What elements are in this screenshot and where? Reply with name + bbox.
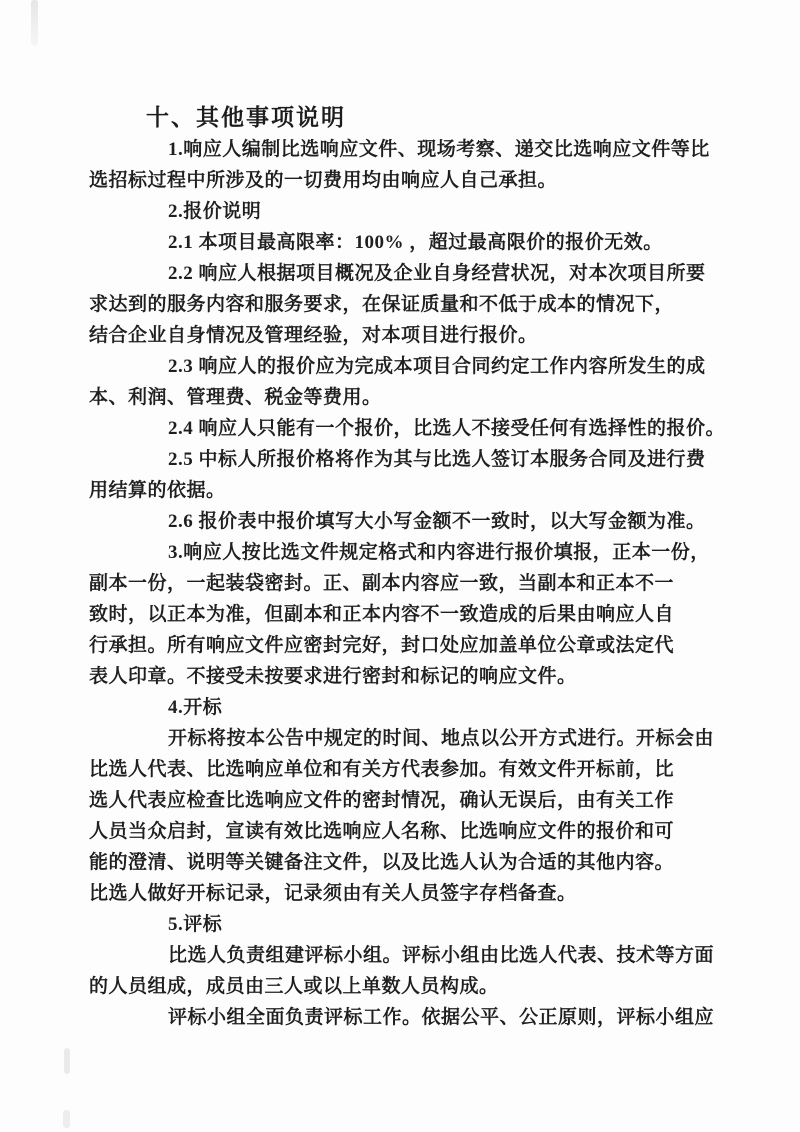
- text-line: 2.报价说明: [89, 196, 651, 227]
- text-line: 选人代表应检查比选响应文件的密封情况，确认无误后，由有关工作: [89, 785, 651, 816]
- text-line: 1.响应人编制比选响应文件、现场考察、递交比选响应文件等比: [89, 134, 651, 165]
- paragraph: 评标小组全面负责评标工作。依据公平、公正原则，评标小组应: [89, 1002, 651, 1033]
- scan-smudge: [64, 1048, 70, 1074]
- paragraph: 5.评标: [89, 909, 651, 940]
- text-line: 比选人做好开标记录，记录须由有关人员签字存档备查。: [89, 878, 651, 909]
- text-line: 3.响应人按比选文件规定格式和内容进行报价填报，正本一份，: [89, 537, 651, 568]
- text-line: 选招标过程中所涉及的一切费用均由响应人自己承担。: [89, 165, 651, 196]
- text-line: 求达到的服务内容和服务要求，在保证质量和不低于成本的情况下，: [89, 289, 651, 320]
- paragraph: 2.1 本项目最高限率：100% ，超过最高限价的报价无效。: [89, 227, 651, 258]
- text-line: 副本一份，一起装袋密封。正、副本内容应一致，当副本和正本不一: [89, 568, 651, 599]
- text-line: 用结算的依据。: [89, 475, 651, 506]
- text-line: 2.5 中标人所报价格将作为其与比选人签订本服务合同及进行费: [89, 444, 651, 475]
- scan-smudge: [31, 0, 38, 46]
- text-line: 2.4 响应人只能有一个报价，比选人不接受任何有选择性的报价。: [89, 413, 651, 444]
- text-line: 行承担。所有响应文件应密封完好，封口处应加盖单位公章或法定代: [89, 630, 651, 661]
- text-line: 本、利润、管理费、税金等费用。: [89, 382, 651, 413]
- text-line: 开标将按本公告中规定的时间、地点以公开方式进行。开标会由: [89, 723, 651, 754]
- scan-smudge: [63, 1110, 70, 1128]
- paragraph: 2.2 响应人根据项目概况及企业自身经营状况，对本次项目所要求达到的服务内容和服…: [89, 258, 651, 351]
- text-line: 比选人代表、比选响应单位和有关方代表参加。有效文件开标前，比: [89, 754, 651, 785]
- paragraph: 2.6 报价表中报价填写大小写金额不一致时，以大写金额为准。: [89, 506, 651, 537]
- paragraph: 比选人负责组建评标小组。评标小组由比选人代表、技术等方面的人员组成，成员由三人或…: [89, 940, 651, 1002]
- text-line: 能的澄清、说明等关键备注文件，以及比选人认为合适的其他内容。: [89, 847, 651, 878]
- text-line: 致时，以正本为准，但副本和正本内容不一致造成的后果由响应人自: [89, 599, 651, 630]
- paragraph: 1.响应人编制比选响应文件、现场考察、递交比选响应文件等比选招标过程中所涉及的一…: [89, 134, 651, 196]
- paragraph: 2.报价说明: [89, 196, 651, 227]
- text-line: 比选人负责组建评标小组。评标小组由比选人代表、技术等方面: [89, 940, 651, 971]
- text-line: 评标小组全面负责评标工作。依据公平、公正原则，评标小组应: [89, 1002, 651, 1033]
- text-line: 2.1 本项目最高限率：100% ，超过最高限价的报价无效。: [89, 227, 651, 258]
- paragraph: 2.3 响应人的报价应为完成本项目合同约定工作内容所发生的成本、利润、管理费、税…: [89, 351, 651, 413]
- text-line: 结合企业自身情况及管理经验，对本项目进行报价。: [89, 320, 651, 351]
- paragraph: 2.4 响应人只能有一个报价，比选人不接受任何有选择性的报价。: [89, 413, 651, 444]
- text-line: 2.3 响应人的报价应为完成本项目合同约定工作内容所发生的成: [89, 351, 651, 382]
- paragraph: 3.响应人按比选文件规定格式和内容进行报价填报，正本一份，副本一份，一起装袋密封…: [89, 537, 651, 692]
- body-text: 1.响应人编制比选响应文件、现场考察、递交比选响应文件等比选招标过程中所涉及的一…: [89, 134, 651, 1033]
- text-line: 人员当众启封，宣读有效比选响应人名称、比选响应文件的报价和可: [89, 816, 651, 847]
- paragraph: 开标将按本公告中规定的时间、地点以公开方式进行。开标会由比选人代表、比选响应单位…: [89, 723, 651, 909]
- paragraph: 2.5 中标人所报价格将作为其与比选人签订本服务合同及进行费用结算的依据。: [89, 444, 651, 506]
- document-page: 十、其他事项说明 1.响应人编制比选响应文件、现场考察、递交比选响应文件等比选招…: [0, 0, 800, 1132]
- section-heading: 十、其他事项说明: [146, 99, 346, 132]
- text-line: 2.6 报价表中报价填写大小写金额不一致时，以大写金额为准。: [89, 506, 651, 537]
- text-line: 4.开标: [89, 692, 651, 723]
- text-line: 2.2 响应人根据项目概况及企业自身经营状况，对本次项目所要: [89, 258, 651, 289]
- text-line: 5.评标: [89, 909, 651, 940]
- paragraph: 4.开标: [89, 692, 651, 723]
- text-line: 表人印章。不接受未按要求进行密封和标记的响应文件。: [89, 661, 651, 692]
- text-line: 的人员组成，成员由三人或以上单数人员构成。: [89, 971, 651, 1002]
